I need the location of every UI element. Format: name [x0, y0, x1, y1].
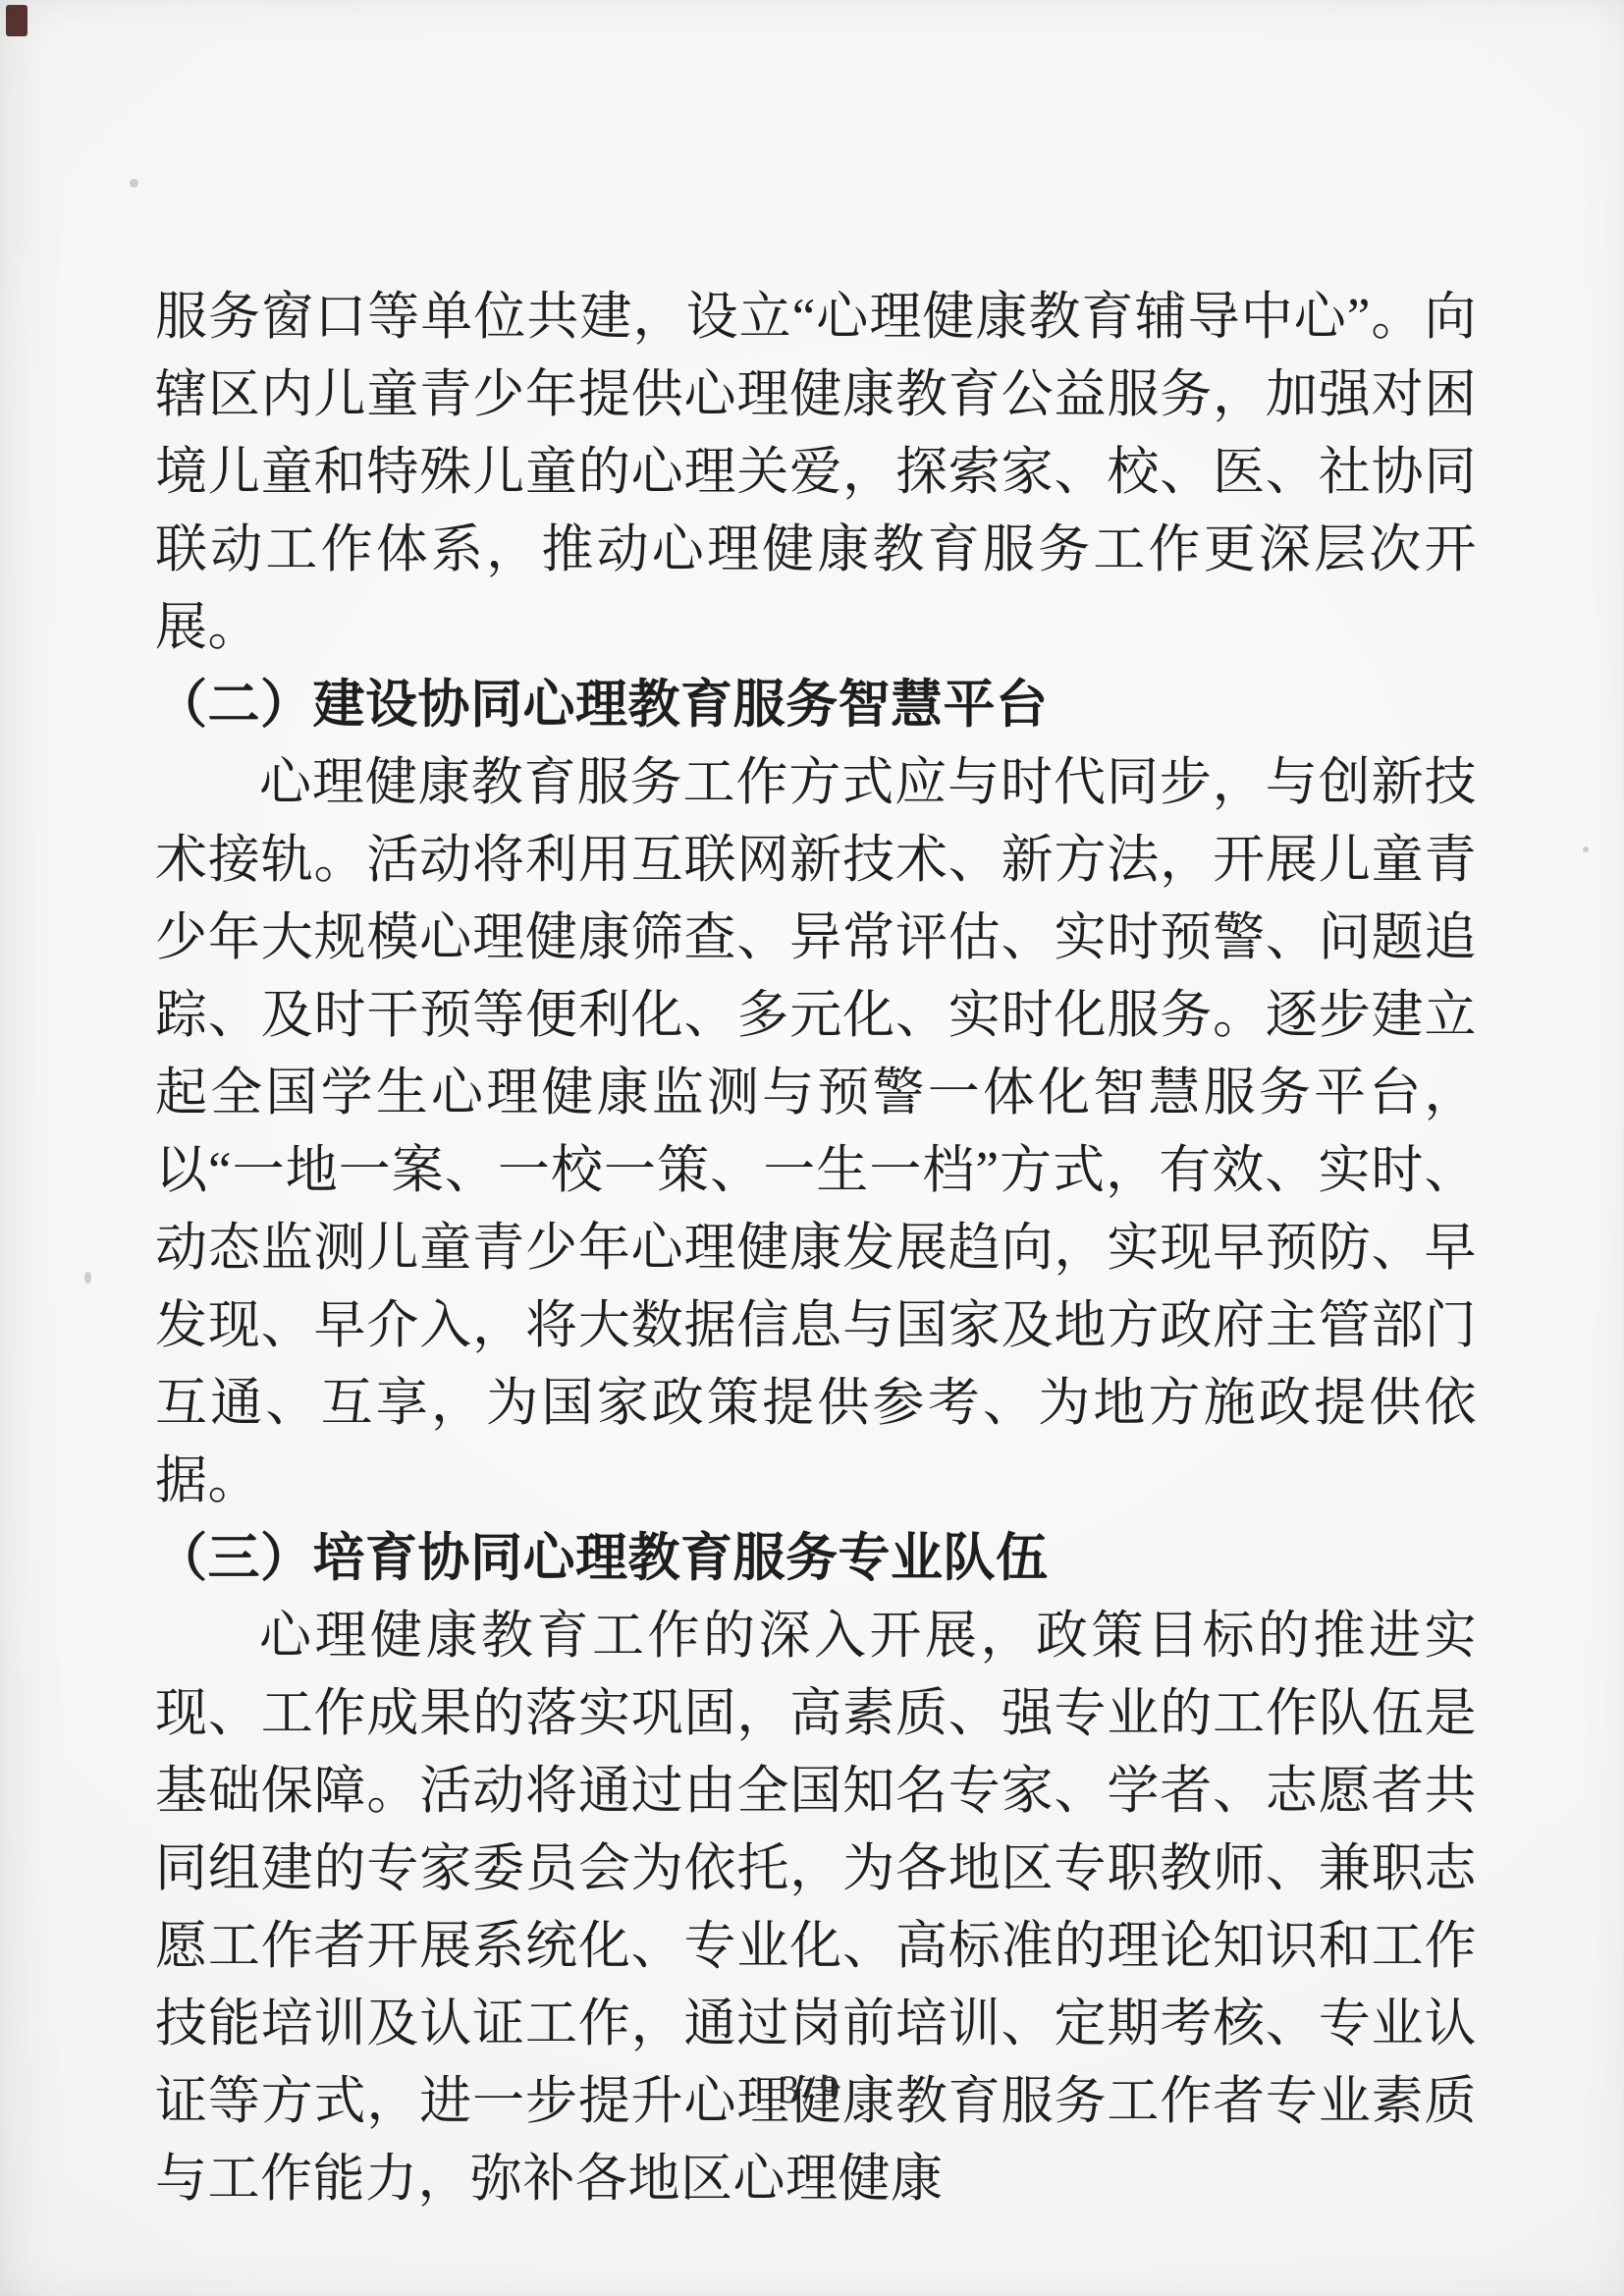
paragraph-smart-platform: 心理健康教育服务工作方式应与时代同步，与创新技术接轨。活动将利用互联网新技术、新…	[155, 744, 1477, 1520]
paragraph-continuation: 服务窗口等单位共建，设立“心理健康教育辅导中心”。向辖区内儿童青少年提供心理健康…	[155, 279, 1477, 667]
scan-artifact-corner-mark	[6, 5, 27, 36]
scan-speck	[130, 179, 138, 188]
scan-speck	[1583, 847, 1589, 852]
paragraph-professional-team: 心理健康教育工作的深入开展，政策目标的推进实现、工作成果的落实巩固，高素质、强专…	[155, 1598, 1477, 2218]
scan-speck	[84, 1272, 91, 1284]
section-heading-2: （二）建设协同心理教育服务智慧平台	[155, 667, 1477, 744]
document-body: 服务窗口等单位共建，设立“心理健康教育辅导中心”。向辖区内儿童青少年提供心理健康…	[155, 279, 1477, 2218]
section-heading-3: （三）培育协同心理教育服务专业队伍	[155, 1520, 1477, 1598]
scanned-document-page: 服务窗口等单位共建，设立“心理健康教育辅导中心”。向辖区内儿童青少年提供心理健康…	[0, 0, 1624, 2296]
page-number: 3/9	[0, 2066, 1624, 2112]
